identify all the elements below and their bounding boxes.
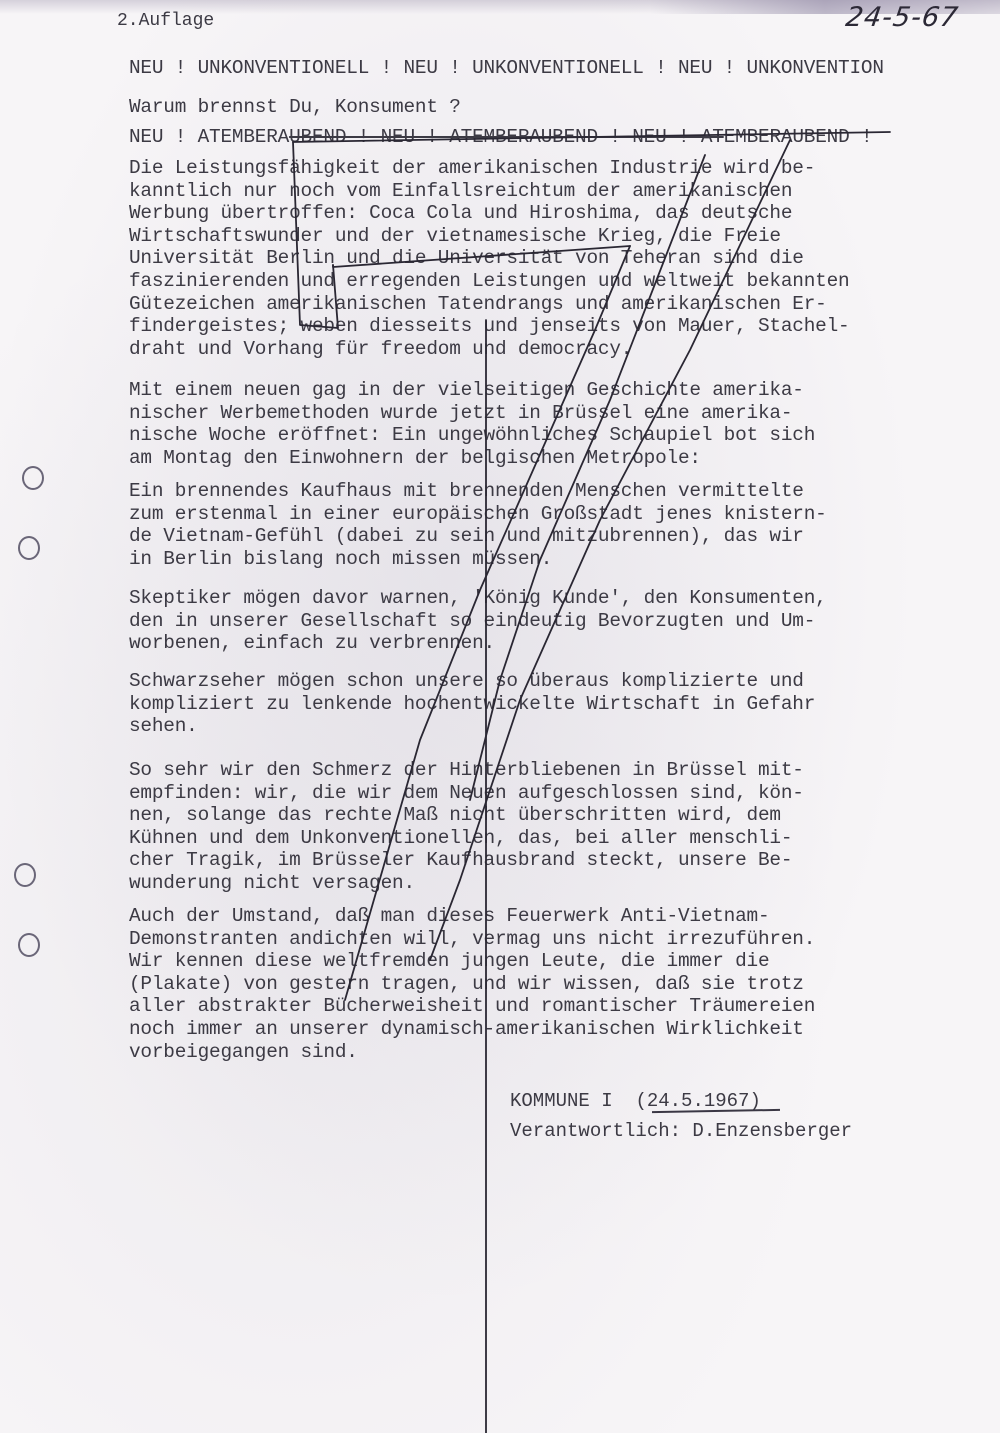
handdrawn-seven-marking	[0, 0, 1000, 1433]
